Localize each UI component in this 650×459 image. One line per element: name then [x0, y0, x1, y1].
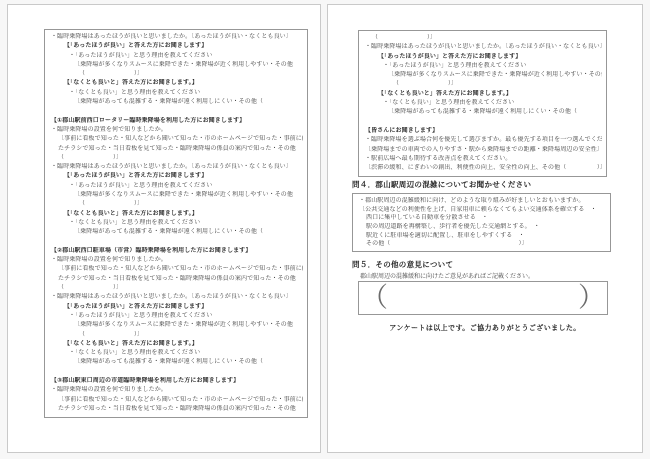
- text-line: 西口に集中している自動車を分散させる ・: [359, 214, 606, 223]
- text-line: ・臨時乗降場はあったほうが良いと思いましたか。〔あったほうが良い・なくとも良い〕: [365, 43, 602, 52]
- text-line: ・「なくとも良い」と思う理由を教えてください: [51, 89, 303, 98]
- text-line: ・「あったほうが良い」と思う理由を教えてください: [51, 182, 303, 191]
- section-header-line: 【③郡山駅東口周辺の市道臨時乗降場を利用した方にお聞きします】: [51, 377, 303, 386]
- section-header-line: 【「なくとも良いと」答えた方にお聞きします。】: [365, 90, 602, 99]
- text-line: （ ）〕: [51, 331, 303, 340]
- text-line: 〔乗降場までの車両での入りやすさ・駅から乗降場までの距離・乗降場周辺の安全性〕: [365, 146, 602, 155]
- text-line: ・「なくとも良い」と思う理由を教えてください: [51, 219, 303, 228]
- text-line: （ ）〕: [51, 200, 303, 209]
- text-line: ・臨時乗降場はあったほうが良いと思いましたか。〔あったほうが良い・なくとも良い〕: [51, 163, 303, 172]
- text-line: 〔乗降場が多くなりスムースに乗降できた・乗降場が近く利用しやすい・その他: [51, 191, 303, 200]
- close-paren-glyph: ）: [578, 285, 605, 312]
- text-line: 〔乗降場が多くなりスムースに乗降できた・乗降場が近く利用しやすい・その他: [51, 321, 303, 330]
- section-header-line: 【「なくとも良いと」答えた方にお聞きします。】: [51, 210, 303, 219]
- text-line: 〔事前に看板で知った・知人などから聞いて知った・市のホームページで知った・事前に…: [51, 135, 303, 144]
- section-header-line: 【「なくとも良いと」答えた方にお聞きします。】: [51, 79, 303, 88]
- text-line: 〔乗降場が多くなりスムースに乗降できた・乗降場が近く利用しやすい・その他: [365, 71, 602, 80]
- text-line: ・臨時乗降場はあったほうが良いと思いましたか。〔あったほうが良い・なくとも良い〕: [51, 33, 303, 42]
- question4-answer-box: ・郡山駅周辺の混雑緩和に向け、どのような取り組みが好ましいとおもいますか。〔公共…: [352, 193, 611, 252]
- text-line: [51, 368, 303, 377]
- open-paren-glyph: （: [361, 285, 388, 312]
- question4-heading: 問４．郡山駅周辺の混雑についてお聞かせください: [352, 179, 531, 190]
- text-line: ・臨時乗降場の設置を何で知りましたか。: [51, 386, 303, 395]
- free-comment-box: （ ）: [358, 281, 608, 315]
- text-line: （ ）〕: [51, 284, 303, 293]
- text-line: たチラシで知った・当日看板を見て知った・臨時乗降場の係員の案内で知った・その他: [51, 275, 303, 284]
- survey-section-box-continuation-and-everyone: （ ）〕・臨時乗降場はあったほうが良いと思いましたか。〔あったほうが良い・なくと…: [358, 30, 607, 177]
- section-header-line: 【皆さんにお聞きします】: [365, 127, 602, 136]
- text-line: たチラシで知った・当日看板を見て知った・臨時乗降場の係員の案内で知った・その他: [51, 145, 303, 154]
- text-line: 〔乗降場があっても混雑する・乗降場が遠く利用しにくい・その他（ ）〕: [51, 358, 303, 367]
- text-line: ・臨時乗降場を選ぶ場合何を優先して選びますか。最も優先する項目を一つ選んでくださ…: [365, 136, 602, 145]
- text-line: （ ）〕: [365, 80, 602, 89]
- survey-page-left: ・臨時乗降場はあったほうが良いと思いましたか。〔あったほうが良い・なくとも良い〕…: [7, 4, 321, 453]
- text-line: ・「あったほうが良い」と思う理由を教えてください: [51, 312, 303, 321]
- section-header-line: 【「あったほうが良い」と答えた方にお聞きします】: [51, 42, 303, 51]
- text-line: 〔事前に看板で知った・知人などから聞いて知った・市のホームページで知った・事前に…: [51, 265, 303, 274]
- text-line: [51, 107, 303, 116]
- text-line: （ ）〕: [51, 70, 303, 79]
- text-line: ・郡山駅周辺の混雑緩和に向け、どのような取り組みが好ましいとおもいますか。: [359, 197, 606, 206]
- text-line: ・「なくとも良い」と思う理由を教えてください: [51, 349, 303, 358]
- survey-document-canvas: { "colors": { "page_background": "#fffff…: [0, 0, 650, 459]
- text-line: 〔乗降場が多くなりスムースに乗降できた・乗降場が近く利用しやすい・その他: [51, 61, 303, 70]
- text-line: ・臨時乗降場の設置を何で知りましたか。: [51, 126, 303, 135]
- text-line: 駅の周辺道路を再構築し、歩行者を優先した交通網とする。 ・: [359, 223, 606, 232]
- text-line: 〔乗降場があっても混雑する・乗降場が遠く利用しにくい・その他（ ）〕: [365, 108, 602, 117]
- text-line: 〔公共交通などの利便性を上げ、自家用車に頼らなくてもよい交通体系を確立する ・: [359, 206, 606, 215]
- text-line: [365, 118, 602, 127]
- text-line: ・「なくとも良い」と思う理由を教えてください: [365, 99, 602, 108]
- text-line: 〔乗降場があっても混雑する・乗降場が遠く利用しにくい・その他（ ）〕: [51, 98, 303, 107]
- text-line: 駅近くに駐車場を適切に配置し、駐車をしやすくする ・: [359, 232, 606, 241]
- section-header-line: 【②郡山駅西口駐車場（市営）臨時乗降場を利用した方にお聞きします】: [51, 247, 303, 256]
- survey-page-right: （ ）〕・臨時乗降場はあったほうが良いと思いましたか。〔あったほうが良い・なくと…: [327, 4, 643, 453]
- text-line: その他（ ）〕: [359, 240, 606, 249]
- text-line: ・臨時乗降場はあったほうが良いと思いましたか。〔あったほうが良い・なくとも良い〕: [51, 293, 303, 302]
- section-header-line: 【「なくとも良いと」答えた方にお聞きします。】: [51, 340, 303, 349]
- text-line: 〔渋滞の緩和、にぎわいの創出、利便性の向上、安全性の向上、その他（ ）〕: [365, 164, 602, 173]
- section-header-line: 【「あったほうが良い」と答えた方にお聞きします】: [51, 303, 303, 312]
- section-header-line: 【①郡山駅前西口ロータリー臨時乗降場を利用した方にお聞きします】: [51, 117, 303, 126]
- question5-heading: 問５．その他の意見について: [352, 259, 453, 270]
- text-line: [51, 238, 303, 247]
- question5-instruction-label: 郡山駅周辺の混雑緩和に向けたご意見があればご記載ください。: [360, 271, 534, 280]
- text-line: （ ）〕: [365, 34, 602, 43]
- survey-closing-message: アンケートは以上です。ご協力ありがとうございました。: [328, 323, 642, 333]
- section-header-line: 【「あったほうが良い」と答えた方にお聞きします】: [365, 53, 602, 62]
- text-line: 〔乗降場があっても混雑する・乗降場が遠く利用しにくい・その他（ ）〕: [51, 228, 303, 237]
- text-line: ・駅前広場へ最も期待する改善点を教えてください。: [365, 155, 602, 164]
- text-line: ・「あったほうが良い」と思う理由を教えてください: [51, 52, 303, 61]
- text-line: ・臨時乗降場の設置を何で知りましたか。: [51, 256, 303, 265]
- section-header-line: 【「あったほうが良い」と答えた方にお聞きします】: [51, 172, 303, 181]
- text-line: （ ）〕: [51, 154, 303, 163]
- text-line: 〔事前に看板で知った・知人などから聞いて知った・市のホームページで知った・事前に…: [51, 396, 303, 405]
- survey-section-box-questions-1-2-3: ・臨時乗降場はあったほうが良いと思いましたか。〔あったほうが良い・なくとも良い〕…: [44, 29, 308, 418]
- text-line: ・「あったほうが良い」と思う理由を教えてください: [365, 62, 602, 71]
- text-line: たチラシで知った・当日看板を見て知った・臨時乗降場の係員の案内で知った・その他: [51, 405, 303, 414]
